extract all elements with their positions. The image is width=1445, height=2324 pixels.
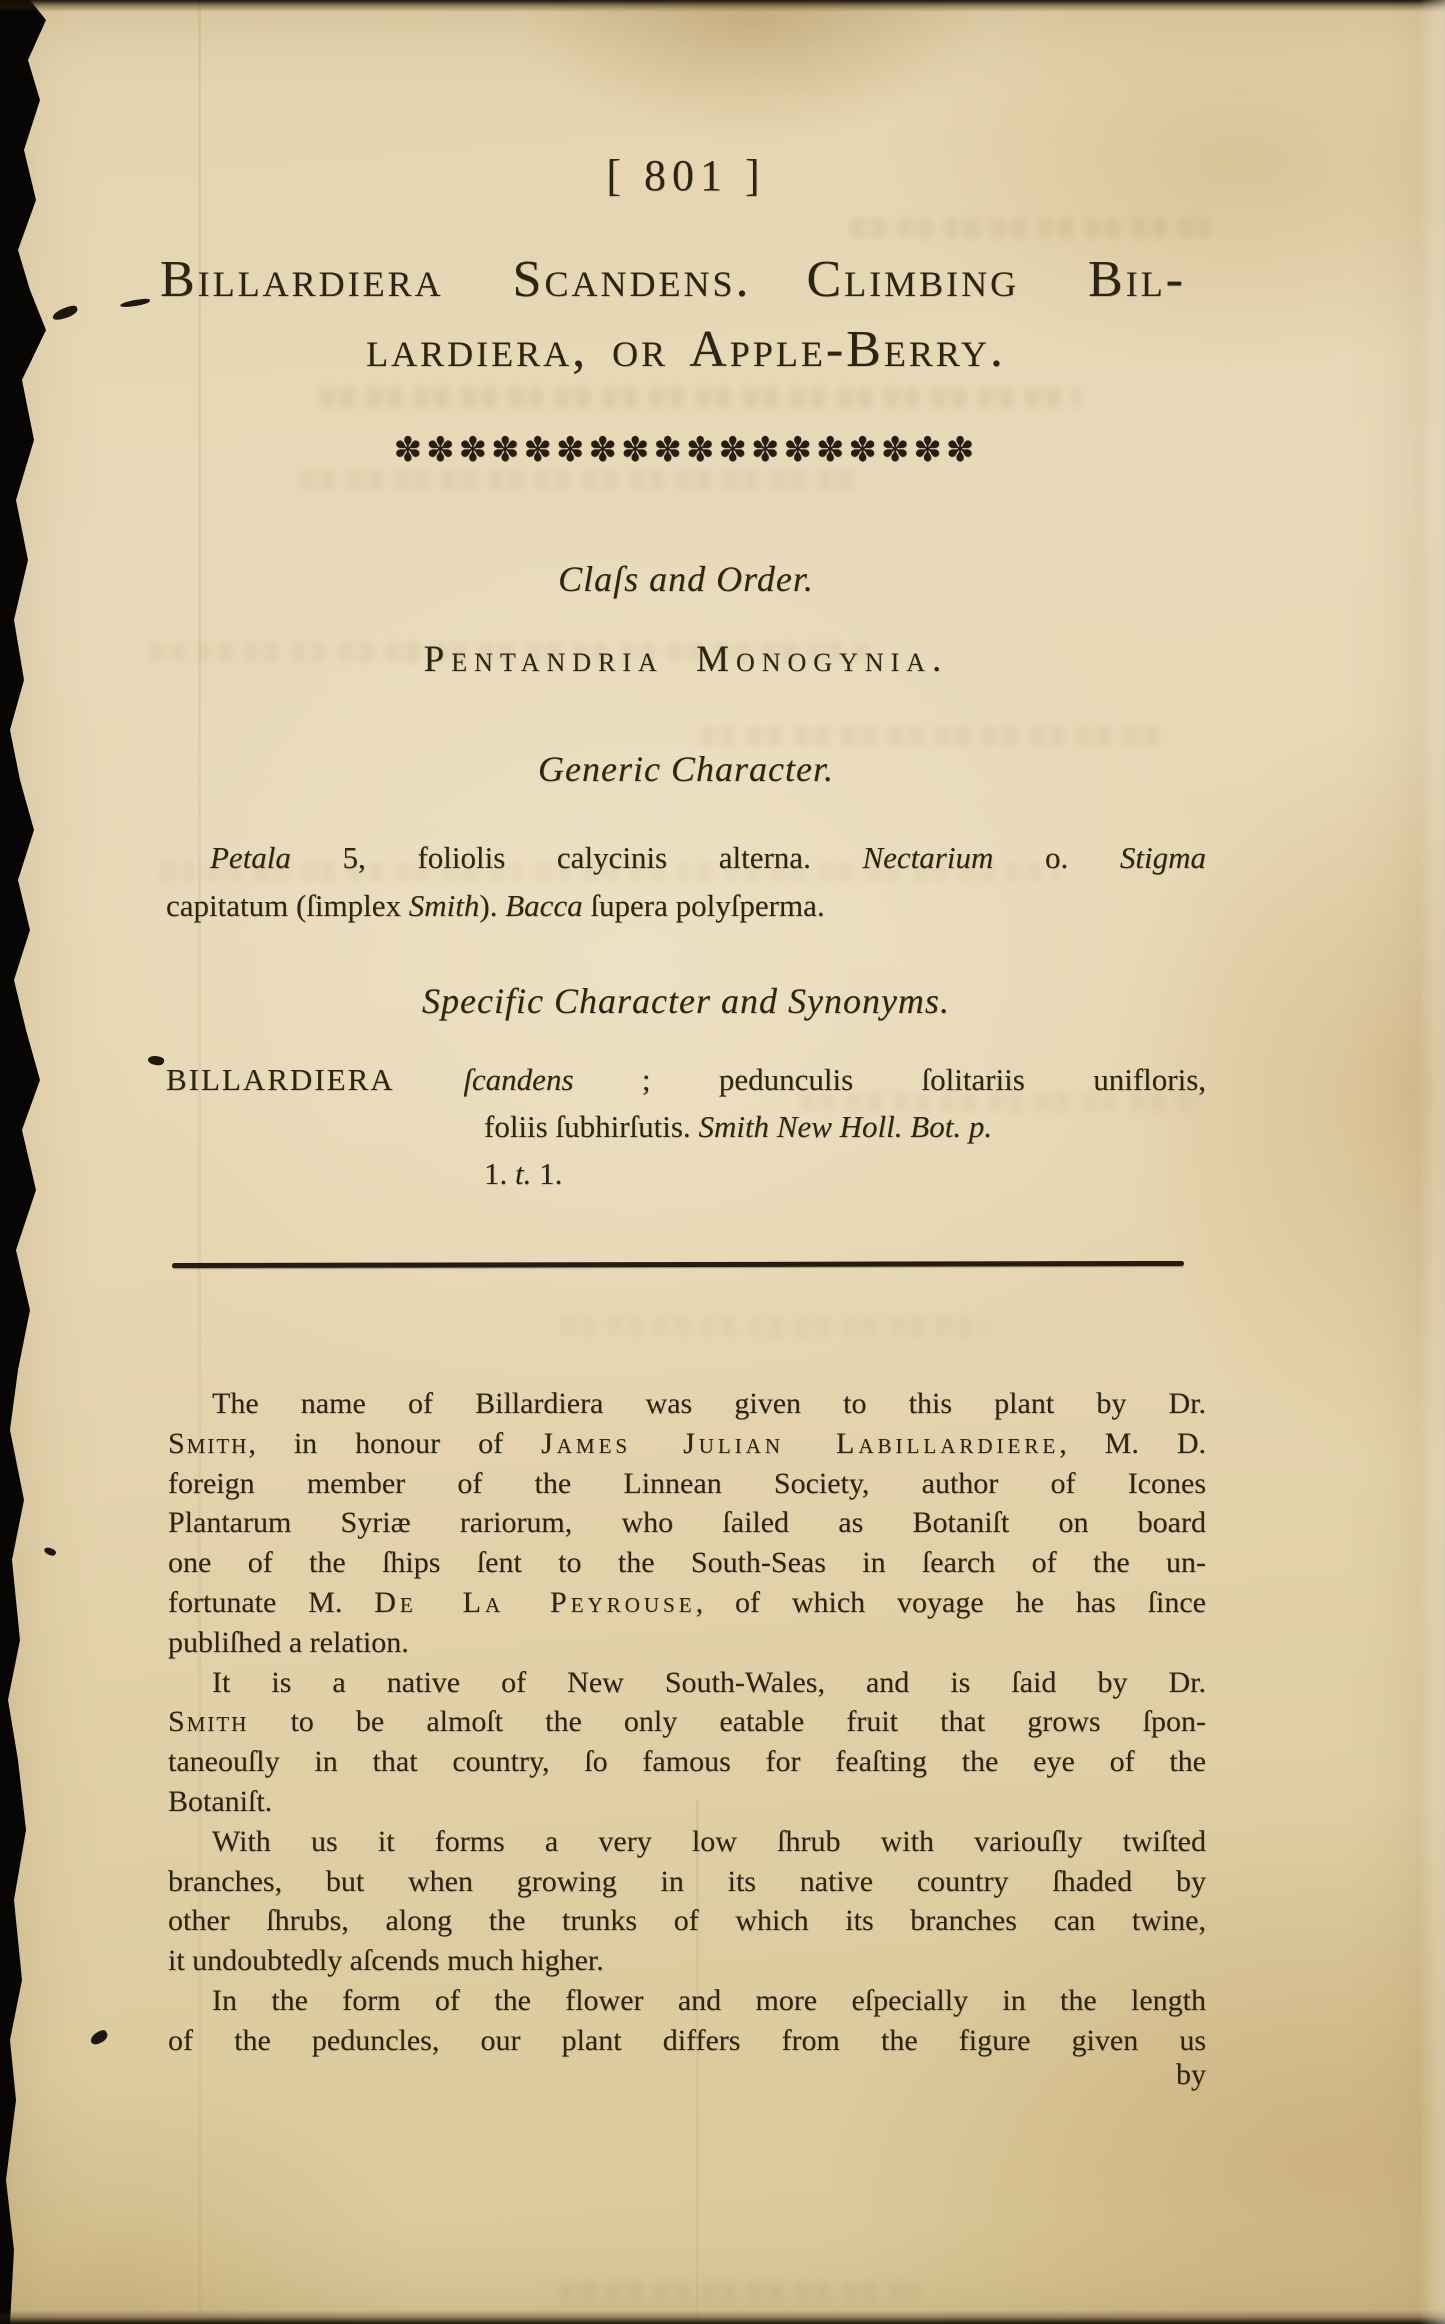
text-line: In the form of the flower and more eſpec…	[168, 1981, 1206, 2021]
scanned-page: [ 801 ] Billardiera Scandens. Climbing B…	[0, 0, 1445, 2324]
ink-speck	[120, 298, 151, 308]
text-segment: Smith	[409, 888, 480, 923]
text-segment: , M. D.	[1059, 1427, 1206, 1460]
ink-speck	[51, 304, 79, 322]
text-segment: BILLARDIERA	[166, 1062, 463, 1097]
divider-rule	[172, 1261, 1184, 1268]
catchword: by	[168, 2058, 1206, 2092]
text-segment: Smith New Holl. Bot. p.	[698, 1109, 992, 1144]
text-segment: With us it forms a very low ſhrub with v…	[212, 1825, 1206, 1858]
show-through-smudge	[320, 388, 1080, 408]
text-line: capitatum (ſimplex Smith). Bacca ſupera …	[166, 882, 1206, 930]
show-through-smudge	[850, 218, 1210, 238]
scan-edge-top	[0, 0, 1445, 12]
text-segment: taneouſly in that country, ſo famous for…	[168, 1745, 1206, 1778]
text-segment: Stigma	[1120, 840, 1206, 875]
text-line: Smith, in honour of James Julian Labilla…	[168, 1424, 1206, 1464]
ink-speck	[147, 1054, 165, 1067]
species-entry: BILLARDIERA ſcandens ; pedunculis ſolita…	[166, 1056, 1206, 1197]
text-segment: In the form of the flower and more eſpec…	[212, 1984, 1206, 2017]
text-line: foreign member of the Linnean Society, a…	[168, 1464, 1206, 1504]
text-segment: Plantarum Syriæ rariorum, who ſailed as …	[168, 1506, 1206, 1539]
generic-character-text: Petala 5, foliolis calycinis alterna. Ne…	[166, 834, 1206, 930]
text-segment: It is a native of New South-Wales, and i…	[212, 1666, 1206, 1699]
text-line: Petala 5, foliolis calycinis alterna. Ne…	[166, 834, 1206, 882]
body-text: The name of Billardiera was given to thi…	[168, 1384, 1206, 2061]
text-segment: capitatum (ſimplex	[166, 888, 409, 923]
ink-speck	[88, 2029, 109, 2047]
show-through-smudge	[560, 2282, 920, 2302]
show-through-smudge	[300, 470, 860, 490]
page-edge-highlight	[1419, 0, 1445, 2324]
text-segment: ſcandens	[463, 1062, 573, 1097]
title-line-1: Billardiera Scandens. Climbing Bil-	[160, 250, 1186, 309]
class-order-heading: Claſs and Order.	[166, 558, 1206, 600]
text-line: branches, but when growing in its native…	[168, 1862, 1206, 1902]
ink-speck	[43, 1545, 57, 1557]
text-segment: fortunate M.	[168, 1586, 374, 1619]
show-through-smudge	[560, 1316, 990, 1336]
text-line: With us it forms a very low ſhrub with v…	[168, 1822, 1206, 1862]
text-segment: Petala	[210, 840, 291, 875]
text-line: taneouſly in that country, ſo famous for…	[168, 1742, 1206, 1782]
text-segment: , in honour of	[248, 1427, 541, 1460]
text-line: of the peduncles, our plant differs from…	[168, 2021, 1206, 2061]
text-segment: 1.	[531, 1156, 562, 1191]
text-line: BILLARDIERA ſcandens ; pedunculis ſolita…	[166, 1056, 1206, 1103]
title-line-2: lardiera, or Apple-Berry.	[166, 320, 1206, 379]
text-segment: Nectarium	[862, 840, 993, 875]
text-segment: ſupera polyſperma.	[583, 888, 825, 923]
text-segment: , of which voyage he has ſince	[696, 1586, 1206, 1619]
text-line: foliis ſubhirſutis. Smith New Holl. Bot.…	[166, 1103, 1206, 1150]
generic-character-heading: Generic Character.	[166, 748, 1206, 790]
text-segment: foliis ſubhirſutis.	[484, 1109, 698, 1144]
text-segment: The name of Billardiera was given to thi…	[212, 1387, 1206, 1420]
text-line: it undoubtedly aſcends much higher.	[168, 1941, 1206, 1981]
text-segment: it undoubtedly aſcends much higher.	[168, 1944, 604, 1977]
scan-edge-bottom	[0, 2310, 1445, 2324]
page-number: [ 801 ]	[166, 150, 1206, 201]
text-segment: Bacca	[505, 888, 582, 923]
text-segment: other ſhrubs, along the trunks of which …	[168, 1904, 1206, 1937]
show-through-smudge	[700, 726, 1160, 746]
specific-character-heading: Specific Character and Synonyms.	[166, 980, 1206, 1022]
text-segment: ).	[479, 888, 505, 923]
text-segment: publiſhed a relation.	[168, 1626, 409, 1659]
text-line: 1. t. 1.	[166, 1150, 1206, 1197]
paper: [ 801 ] Billardiera Scandens. Climbing B…	[0, 0, 1445, 2324]
text-segment: t.	[515, 1156, 531, 1191]
text-line: publiſhed a relation.	[168, 1623, 1206, 1663]
ornament-row: ✽✽✽✽✽✽✽✽✽✽✽✽✽✽✽✽✽✽	[166, 430, 1206, 470]
text-line: other ſhrubs, along the trunks of which …	[168, 1901, 1206, 1941]
text-line: Botaniſt.	[168, 1782, 1206, 1822]
text-line: It is a native of New South-Wales, and i…	[168, 1663, 1206, 1703]
text-segment: branches, but when growing in its native…	[168, 1865, 1206, 1898]
text-segment: o.	[993, 840, 1120, 875]
text-line: Plantarum Syriæ rariorum, who ſailed as …	[168, 1503, 1206, 1543]
text-segment: De La Peyrouse	[374, 1586, 695, 1619]
class-order-value: Pentandria Monogynia.	[166, 638, 1206, 681]
text-segment: 5, foliolis calycinis alterna.	[291, 840, 863, 875]
text-segment: of the peduncles, our plant differs from…	[168, 2024, 1206, 2057]
text-segment: Botaniſt.	[168, 1785, 272, 1818]
text-segment: Smith	[168, 1705, 248, 1738]
text-segment: one of the ſhips ſent to the South-Seas …	[168, 1546, 1206, 1579]
text-line: one of the ſhips ſent to the South-Seas …	[168, 1543, 1206, 1583]
text-segment: Smith	[168, 1427, 248, 1460]
text-line: Smith to be almoſt the only eatable frui…	[168, 1702, 1206, 1742]
text-segment: James Julian Labillardiere	[541, 1427, 1059, 1460]
text-line: fortunate M. De La Peyrouse, of which vo…	[168, 1583, 1206, 1623]
text-segment: foreign member of the Linnean Society, a…	[168, 1467, 1206, 1500]
text-segment: 1.	[484, 1156, 515, 1191]
text-line: The name of Billardiera was given to thi…	[168, 1384, 1206, 1424]
text-segment: ; pedunculis ſolitariis unifloris,	[574, 1062, 1207, 1097]
text-segment: to be almoſt the only eatable fruit that…	[248, 1705, 1206, 1738]
